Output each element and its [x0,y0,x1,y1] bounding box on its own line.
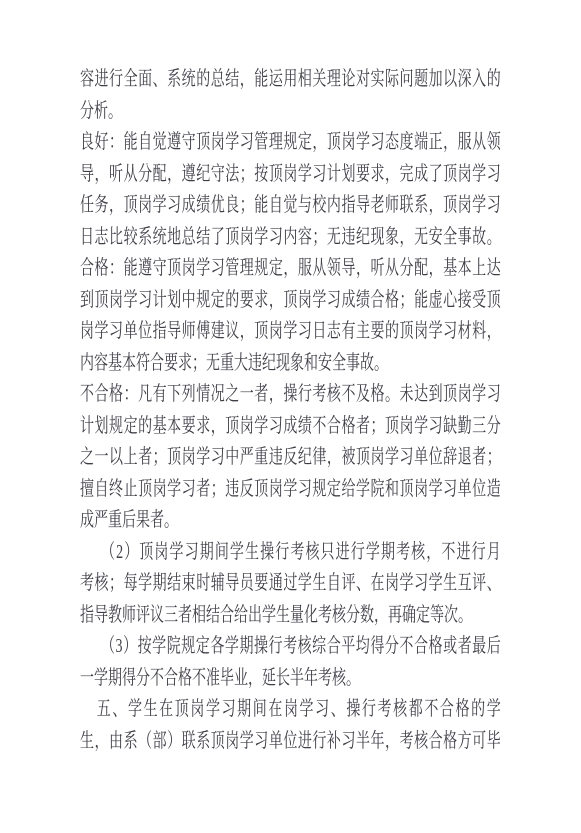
text-line: 分析。 [80,96,501,128]
text-line: （2）顶岗学习期间学生操行考核只进行学期考核，不进行月 [80,537,501,569]
text-line: 容进行全面、系统的总结，能运用相关理论对实际问题加以深入的 [80,64,501,96]
text-line: 生，由系（部）联系顶岗学习单位进行补习半年，考核合格方可毕 [80,726,501,758]
text-line: 岗学习单位指导师傅建议，顶岗学习日志有主要的顶岗学习材料， [80,316,501,348]
text-line: 一学期得分不合格不准毕业，延长半年考核。 [80,663,501,695]
text-line: 到顶岗学习计划中规定的要求，顶岗学习成绩合格；能虚心接受顶 [80,285,501,317]
text-line: （3）按学院规定各学期操行考核综合平均得分不合格或者最后 [80,631,501,663]
text-line: 日志比较系统地总结了顶岗学习内容；无违纪现象，无安全事故。 [80,222,501,254]
text-line: 擅自终止顶岗学习者；违反顶岗学习规定给学院和顶岗学习单位造 [80,474,501,506]
text-line: 导，听从分配，遵纪守法；按顶岗学习计划要求，完成了顶岗学习 [80,159,501,191]
text-line: 考核；每学期结束时辅导员要通过学生自评、在岗学习学生互评、 [80,568,501,600]
text-line: 良好：能自觉遵守顶岗学习管理规定，顶岗学习态度端正，服从领 [80,127,501,159]
document-page: 容进行全面、系统的总结，能运用相关理论对实际问题加以深入的分析。良好：能自觉遵守… [0,0,581,833]
text-line: 不合格：凡有下列情况之一者，操行考核不及格。未达到顶岗学习 [80,379,501,411]
text-line: 内容基本符合要求；无重大违纪现象和安全事故。 [80,348,501,380]
text-line: 计划规定的基本要求，顶岗学习成绩不合格者；顶岗学习缺勤三分 [80,411,501,443]
text-line: 成严重后果者。 [80,505,501,537]
document-body: 容进行全面、系统的总结，能运用相关理论对实际问题加以深入的分析。良好：能自觉遵守… [80,64,501,757]
text-line: 指导教师评议三者相结合给出学生量化考核分数，再确定等次。 [80,600,501,632]
text-line: 合格：能遵守顶岗学习管理规定，服从领导，听从分配，基本上达 [80,253,501,285]
text-line: 之一以上者；顶岗学习中严重违反纪律，被顶岗学习单位辞退者； [80,442,501,474]
text-line: 任务，顶岗学习成绩优良；能自觉与校内指导老师联系，顶岗学习 [80,190,501,222]
text-line: 五、学生在顶岗学习期间在岗学习、操行考核都不合格的学 [80,694,501,726]
